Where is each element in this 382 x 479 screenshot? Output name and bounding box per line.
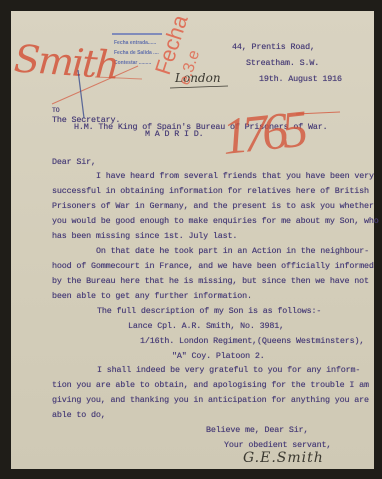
body-line: I shall indeed be very grateful to you f… (97, 366, 360, 374)
body-line: tion you are able to obtain, and apologi… (52, 381, 369, 389)
body-line: The full description of my Son is as fol… (97, 307, 321, 315)
body-line: Prisoners of War in Germany, and the pre… (52, 202, 374, 210)
signature: G.E.Smith (243, 450, 324, 466)
body-line: I have heard from several friends that y… (96, 172, 374, 180)
address-line-1: 44, Prentis Road, (232, 43, 315, 51)
stamp-line-2: Fecha de Salida .... (114, 50, 159, 56)
body-line: been able to get any further information… (52, 292, 252, 300)
body-line: has been missing since 1st. July last. (52, 232, 237, 240)
address-line-2: Streatham. S.W. (246, 59, 319, 67)
description-line: "A" Coy. Platoon 2. (172, 352, 265, 360)
recipient-to: TO (52, 108, 60, 115)
body-line: by the Bureau here that he is missing, b… (52, 277, 369, 285)
closing-line-2: Your obedient servant, (224, 441, 331, 449)
body-line: you would be good enough to make enquiri… (52, 217, 379, 225)
body-line: able to do, (52, 411, 106, 419)
stamp-line-1: Fecha entrada...... (114, 40, 156, 46)
description-line: 1/16th. London Regiment,(Queens Westmins… (140, 337, 364, 345)
closing-line-1: Believe me, Dear Sir, (206, 426, 308, 434)
red-number-annotation: 1765 (219, 100, 305, 167)
red-name-annotation: Smith (13, 36, 120, 87)
recipient-line-3: M A D R I D. (145, 130, 204, 138)
letter-date: 19th. August 1916 (259, 75, 342, 83)
body-line: hood of Gommecourt in France, and we hav… (52, 262, 374, 270)
stamp-line-3: Contestar ......... (114, 60, 151, 66)
body-line: On that date he took part in an Action i… (96, 247, 369, 255)
body-line: successful in obtaining information for … (52, 187, 369, 195)
description-line: Lance Cpl. A.R. Smith, No. 3981, (128, 322, 284, 330)
stamp-rule (112, 33, 162, 35)
body-line: giving you, and thanking you in anticipa… (52, 396, 369, 404)
salutation: Dear Sir, (52, 158, 96, 166)
